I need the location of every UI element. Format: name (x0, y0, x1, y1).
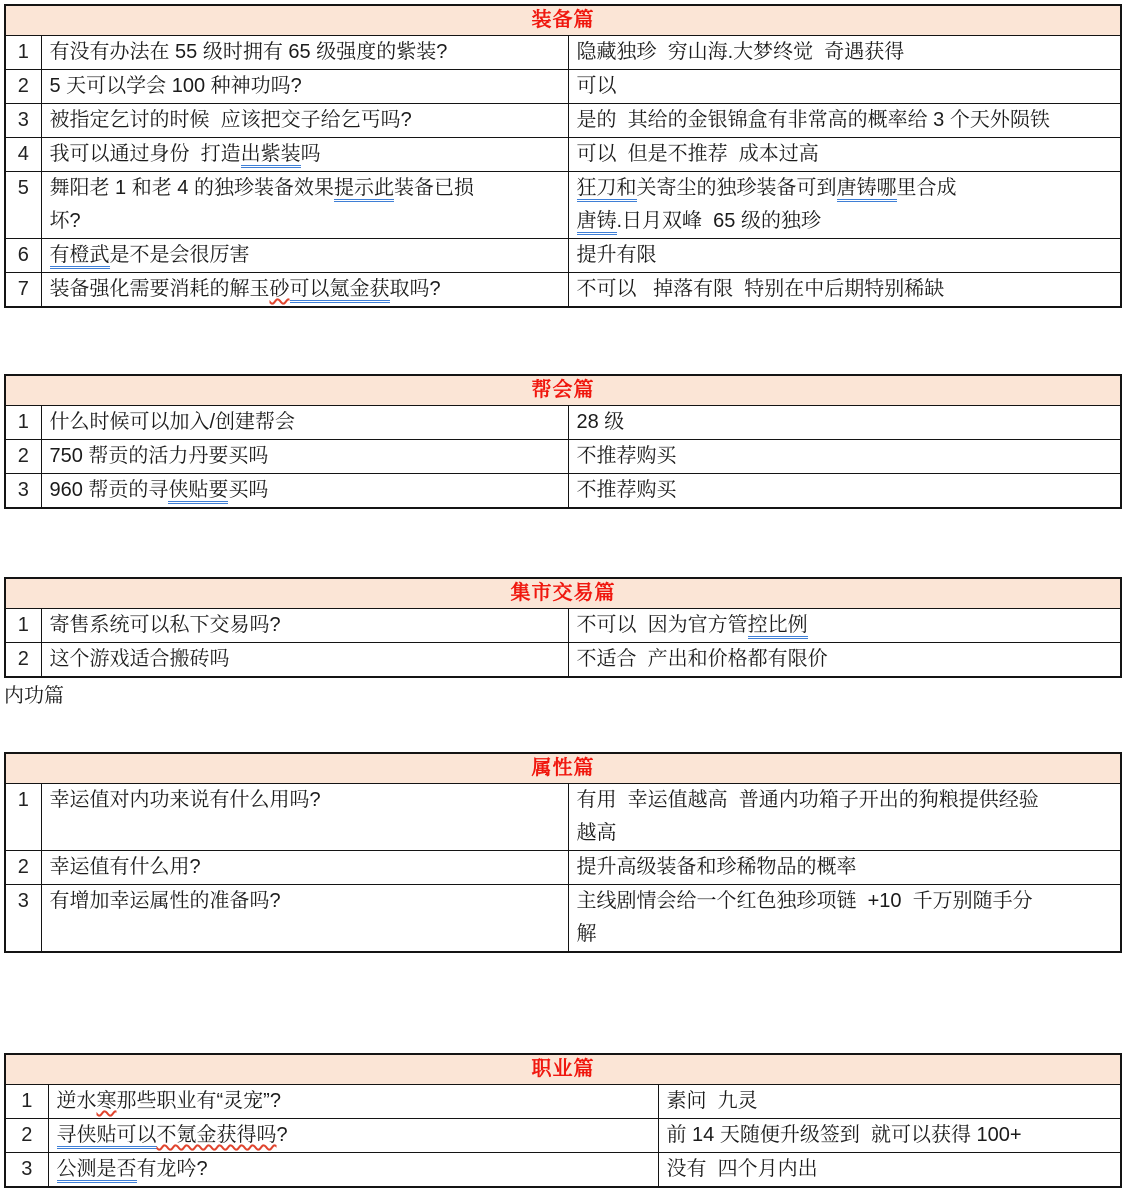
row-number: 1 (5, 609, 41, 643)
question-cell: 有增加幸运属性的准备吗? (41, 885, 568, 953)
question-cell: 装备强化需要消耗的解玉砂可以氪金获取吗? (41, 273, 568, 308)
text-segment: 坏? (50, 210, 81, 232)
text-segment: 提升有限 (577, 244, 657, 266)
text-segment: 幸运值对内功来说有什么用吗? (50, 789, 321, 811)
text-segment: 是不是会很厉害 (110, 244, 250, 266)
table-title: 属性篇 (5, 753, 1121, 784)
text-segment: 装备已损 (394, 177, 474, 199)
grammar-marked-text: 出紫装 (241, 143, 301, 168)
row-number: 4 (5, 138, 41, 172)
text-segment: 是的 其给的金银锦盒有非常高的概率给 3 个天外陨铁 (577, 109, 1050, 131)
table-title: 集市交易篇 (5, 578, 1121, 609)
text-segment: 不推荐购买 (577, 479, 677, 501)
text-line: 750 帮贡的活力丹要买吗 (50, 440, 560, 473)
answer-cell: 不推荐购买 (568, 474, 1121, 509)
grammar-marked-text: 寻侠贴可以 (57, 1124, 157, 1149)
table-row: 6有橙武是不是会很厉害提升有限 (5, 239, 1121, 273)
row-number: 1 (5, 406, 41, 440)
text-line: 被指定乞讨的时候 应该把交子给乞丐吗? (50, 104, 560, 137)
question-cell: 舞阳老 1 和老 4 的独珍装备效果提示此装备已损坏? (41, 172, 568, 239)
text-segment: 5 天可以学会 100 种神功吗? (50, 75, 302, 97)
text-segment: 吗 (301, 143, 321, 165)
question-cell: 幸运值对内功来说有什么用吗? (41, 784, 568, 851)
question-cell: 750 帮贡的活力丹要买吗 (41, 440, 568, 474)
text-line: 寻侠贴可以不氪金获得吗? (57, 1119, 650, 1152)
text-line: 可以 但是不推荐 成本过高 (577, 138, 1113, 171)
text-segment: 取吗? (390, 278, 441, 300)
question-cell: 这个游戏适合搬砖吗 (41, 643, 568, 678)
table-row: 7装备强化需要消耗的解玉砂可以氪金获取吗?不可以 掉落有限 特别在中后期特别稀缺 (5, 273, 1121, 308)
answer-cell: 前 14 天随便升级签到 就可以获得 100+ (658, 1119, 1121, 1153)
text-line: 这个游戏适合搬砖吗 (50, 643, 560, 676)
text-segment: 隐藏独珍 穷山海.大梦终觉 奇遇获得 (577, 41, 905, 63)
question-cell: 公测是否有龙吟? (48, 1153, 658, 1188)
table-row: 2750 帮贡的活力丹要买吗不推荐购买 (5, 440, 1121, 474)
grammar-marked-text: 提示此 (334, 177, 394, 202)
table-row: 2幸运值有什么用?提升高级装备和珍稀物品的概率 (5, 851, 1121, 885)
answer-cell: 不适合 产出和价格都有限价 (568, 643, 1121, 678)
text-line: 有用 幸运值越高 普通内功箱子开出的狗粮提供经验 (577, 784, 1113, 817)
text-segment: 这个游戏适合搬砖吗 (50, 648, 230, 670)
faq-document: 装备篇1有没有办法在 55 级时拥有 65 级强度的紫装?隐藏独珍 穷山海.大梦… (0, 0, 1123, 1188)
table-equipment: 装备篇1有没有办法在 55 级时拥有 65 级强度的紫装?隐藏独珍 穷山海.大梦… (4, 4, 1122, 308)
answer-cell: 不可以 掉落有限 特别在中后期特别稀缺 (568, 273, 1121, 308)
text-segment: 不可以 因为官方管 (577, 614, 748, 636)
row-number: 6 (5, 239, 41, 273)
text-line: 舞阳老 1 和老 4 的独珍装备效果提示此装备已损 (50, 172, 560, 205)
row-number: 1 (5, 1085, 48, 1119)
text-segment: 舞阳老 1 和老 4 的独珍装备效果 (50, 177, 334, 199)
text-line: 960 帮贡的寻侠贴要买吗 (50, 474, 560, 507)
row-number: 3 (5, 104, 41, 138)
text-segment: 不适合 产出和价格都有限价 (577, 648, 828, 670)
answer-cell: 素问 九灵 (658, 1085, 1121, 1119)
table-row: 1逆水寒那些职业有“灵宠”?素问 九灵 (5, 1085, 1121, 1119)
text-segment: 里合成 (897, 177, 957, 199)
text-line: 什么时候可以加入/创建帮会 (50, 406, 560, 439)
text-segment: 可以 (577, 75, 617, 97)
row-number: 3 (5, 474, 41, 509)
text-line: 有橙武是不是会很厉害 (50, 239, 560, 272)
grammar-marked-text: 公测是否 (57, 1158, 137, 1183)
question-cell: 我可以通过身份 打造出紫装吗 (41, 138, 568, 172)
table-header-row: 集市交易篇 (5, 578, 1121, 609)
table-profession: 职业篇1逆水寒那些职业有“灵宠”?素问 九灵2寻侠贴可以不氪金获得吗?前 14 … (4, 1053, 1122, 1188)
question-cell: 有没有办法在 55 级时拥有 65 级强度的紫装? (41, 36, 568, 70)
table-row: 1有没有办法在 55 级时拥有 65 级强度的紫装?隐藏独珍 穷山海.大梦终觉 … (5, 36, 1121, 70)
text-segment: 幸运值有什么用? (50, 856, 201, 878)
text-segment: .日月双峰 65 级的独珍 (617, 210, 821, 232)
table-title: 职业篇 (5, 1054, 1121, 1085)
text-segment: 不推荐购买 (577, 445, 677, 467)
text-line: 可以 (577, 70, 1113, 103)
text-line: 不可以 因为官方管控比例 (577, 609, 1113, 642)
text-segment: 那些职业有“灵宠”? (117, 1090, 281, 1112)
text-segment: 主线剧情会给一个红色独珍项链 +10 千万别随手分 (577, 890, 1033, 912)
text-segment: 素问 九灵 (667, 1090, 758, 1112)
row-number: 1 (5, 36, 41, 70)
table-row: 1幸运值对内功来说有什么用吗?有用 幸运值越高 普通内功箱子开出的狗粮提供经验越… (5, 784, 1121, 851)
text-segment: 有没有办法在 55 级时拥有 65 级强度的紫装? (50, 41, 448, 63)
text-line: 前 14 天随便升级签到 就可以获得 100+ (667, 1119, 1113, 1152)
row-number: 2 (5, 643, 41, 678)
text-line: 逆水寒那些职业有“灵宠”? (57, 1085, 650, 1118)
table-title: 帮会篇 (5, 375, 1121, 406)
question-cell: 寻侠贴可以不氪金获得吗? (48, 1119, 658, 1153)
grammar-marked-text: 控比例 (748, 614, 808, 639)
row-number: 1 (5, 784, 41, 851)
answer-cell: 可以 但是不推荐 成本过高 (568, 138, 1121, 172)
question-cell: 幸运值有什么用? (41, 851, 568, 885)
text-line: 坏? (50, 205, 560, 238)
text-line: 素问 九灵 (667, 1085, 1113, 1118)
text-line: 公测是否有龙吟? (57, 1153, 650, 1186)
text-segment: 没有 四个月内出 (667, 1158, 818, 1180)
text-line: 有没有办法在 55 级时拥有 65 级强度的紫装? (50, 36, 560, 69)
table-row: 2这个游戏适合搬砖吗不适合 产出和价格都有限价 (5, 643, 1121, 678)
text-segment: 越高 (577, 822, 617, 844)
text-line: 是的 其给的金银锦盒有非常高的概率给 3 个天外陨铁 (577, 104, 1113, 137)
text-segment: 960 帮贡的寻 (50, 479, 169, 501)
text-segment: 不可以 掉落有限 特别在中后期特别稀缺 (577, 278, 945, 300)
text-line: 不推荐购买 (577, 440, 1113, 473)
row-number: 2 (5, 70, 41, 104)
text-line: 不可以 掉落有限 特别在中后期特别稀缺 (577, 273, 1113, 306)
text-segment: 寄售系统可以私下交易吗? (50, 614, 281, 636)
text-line: 28 级 (577, 406, 1113, 439)
row-number: 2 (5, 440, 41, 474)
answer-cell: 可以 (568, 70, 1121, 104)
text-line: 提升有限 (577, 239, 1113, 272)
row-number: 3 (5, 885, 41, 953)
answer-cell: 提升高级装备和珍稀物品的概率 (568, 851, 1121, 885)
text-line: 不适合 产出和价格都有限价 (577, 643, 1113, 676)
text-line: 寄售系统可以私下交易吗? (50, 609, 560, 642)
text-segment: 解 (577, 923, 597, 945)
text-line: 装备强化需要消耗的解玉砂可以氪金获取吗? (50, 273, 560, 306)
table-row: 3有增加幸运属性的准备吗?主线剧情会给一个红色独珍项链 +10 千万别随手分解 (5, 885, 1121, 953)
row-number: 3 (5, 1153, 48, 1188)
answer-cell: 隐藏独珍 穷山海.大梦终觉 奇遇获得 (568, 36, 1121, 70)
grammar-marked-text: 唐铸 (577, 210, 617, 235)
answer-cell: 主线剧情会给一个红色独珍项链 +10 千万别随手分解 (568, 885, 1121, 953)
question-cell: 什么时候可以加入/创建帮会 (41, 406, 568, 440)
spelling-marked-text: 寒 (97, 1090, 117, 1112)
text-segment: 什么时候可以加入/创建帮会 (50, 411, 296, 433)
text-segment: 前 14 天随便升级签到 就可以获得 100+ (667, 1124, 1022, 1146)
grammar-marked-text: 可以氪金获 (290, 278, 390, 303)
text-line: 不推荐购买 (577, 474, 1113, 507)
text-segment: 逆水 (57, 1090, 97, 1112)
grammar-marked-text: 侠贴要 (168, 479, 228, 504)
row-number: 2 (5, 1119, 48, 1153)
spelling-marked-text: 砂 (270, 278, 290, 300)
grammar-marked-text: 有橙武 (50, 244, 110, 269)
text-line: 解 (577, 918, 1113, 951)
text-segment: 有龙吟? (137, 1158, 208, 1180)
text-segment: 我可以通过身份 打造 (50, 143, 241, 165)
table-header-row: 属性篇 (5, 753, 1121, 784)
table-title: 装备篇 (5, 5, 1121, 36)
text-segment: 关寄尘的独珍装备可到 (637, 177, 837, 199)
question-cell: 5 天可以学会 100 种神功吗? (41, 70, 568, 104)
text-line: 主线剧情会给一个红色独珍项链 +10 千万别随手分 (577, 885, 1113, 918)
text-line: 幸运值有什么用? (50, 851, 560, 884)
grammar-marked-text: 狂刀和 (577, 177, 637, 202)
question-cell: 逆水寒那些职业有“灵宠”? (48, 1085, 658, 1119)
table-row: 5舞阳老 1 和老 4 的独珍装备效果提示此装备已损坏?狂刀和关寄尘的独珍装备可… (5, 172, 1121, 239)
table-row: 3960 帮贡的寻侠贴要买吗不推荐购买 (5, 474, 1121, 509)
section-label-neigong: 内功篇 (4, 684, 1123, 708)
text-segment: 被指定乞讨的时候 应该把交子给乞丐吗? (50, 109, 412, 131)
grammar-marked-text: 唐铸哪 (837, 177, 897, 202)
text-line: 唐铸.日月双峰 65 级的独珍 (577, 205, 1113, 238)
question-cell: 被指定乞讨的时候 应该把交子给乞丐吗? (41, 104, 568, 138)
text-line: 隐藏独珍 穷山海.大梦终觉 奇遇获得 (577, 36, 1113, 69)
table-guild: 帮会篇1什么时候可以加入/创建帮会28 级2750 帮贡的活力丹要买吗不推荐购买… (4, 374, 1122, 509)
text-segment: 750 帮贡的活力丹要买吗 (50, 445, 269, 467)
table-row: 1什么时候可以加入/创建帮会28 级 (5, 406, 1121, 440)
answer-cell: 没有 四个月内出 (658, 1153, 1121, 1188)
answer-cell: 不推荐购买 (568, 440, 1121, 474)
row-number: 2 (5, 851, 41, 885)
spelling-marked-text: 不氪金获得吗 (157, 1124, 277, 1146)
answer-cell: 有用 幸运值越高 普通内功箱子开出的狗粮提供经验越高 (568, 784, 1121, 851)
text-segment: 有用 幸运值越高 普通内功箱子开出的狗粮提供经验 (577, 789, 1039, 811)
table-market: 集市交易篇1寄售系统可以私下交易吗?不可以 因为官方管控比例2这个游戏适合搬砖吗… (4, 577, 1122, 678)
text-line: 5 天可以学会 100 种神功吗? (50, 70, 560, 103)
answer-cell: 是的 其给的金银锦盒有非常高的概率给 3 个天外陨铁 (568, 104, 1121, 138)
text-segment: 有增加幸运属性的准备吗? (50, 890, 281, 912)
row-number: 5 (5, 172, 41, 239)
question-cell: 寄售系统可以私下交易吗? (41, 609, 568, 643)
table-attributes: 属性篇1幸运值对内功来说有什么用吗?有用 幸运值越高 普通内功箱子开出的狗粮提供… (4, 752, 1122, 953)
text-segment: 可以 但是不推荐 成本过高 (577, 143, 819, 165)
row-number: 7 (5, 273, 41, 308)
table-row: 2寻侠贴可以不氪金获得吗?前 14 天随便升级签到 就可以获得 100+ (5, 1119, 1121, 1153)
answer-cell: 不可以 因为官方管控比例 (568, 609, 1121, 643)
table-header-row: 帮会篇 (5, 375, 1121, 406)
table-header-row: 职业篇 (5, 1054, 1121, 1085)
question-cell: 960 帮贡的寻侠贴要买吗 (41, 474, 568, 509)
text-line: 我可以通过身份 打造出紫装吗 (50, 138, 560, 171)
text-line: 没有 四个月内出 (667, 1153, 1113, 1186)
text-segment: 装备强化需要消耗的解玉 (50, 278, 270, 300)
table-row: 25 天可以学会 100 种神功吗?可以 (5, 70, 1121, 104)
answer-cell: 狂刀和关寄尘的独珍装备可到唐铸哪里合成唐铸.日月双峰 65 级的独珍 (568, 172, 1121, 239)
table-row: 3公测是否有龙吟?没有 四个月内出 (5, 1153, 1121, 1188)
text-segment: ? (277, 1124, 288, 1146)
question-cell: 有橙武是不是会很厉害 (41, 239, 568, 273)
answer-cell: 28 级 (568, 406, 1121, 440)
text-segment: 28 级 (577, 411, 625, 433)
text-line: 幸运值对内功来说有什么用吗? (50, 784, 560, 817)
text-line: 越高 (577, 817, 1113, 850)
table-row: 1寄售系统可以私下交易吗?不可以 因为官方管控比例 (5, 609, 1121, 643)
text-line: 狂刀和关寄尘的独珍装备可到唐铸哪里合成 (577, 172, 1113, 205)
text-line: 有增加幸运属性的准备吗? (50, 885, 560, 918)
text-segment: 提升高级装备和珍稀物品的概率 (577, 856, 857, 878)
table-header-row: 装备篇 (5, 5, 1121, 36)
answer-cell: 提升有限 (568, 239, 1121, 273)
text-line: 提升高级装备和珍稀物品的概率 (577, 851, 1113, 884)
table-row: 4我可以通过身份 打造出紫装吗可以 但是不推荐 成本过高 (5, 138, 1121, 172)
table-row: 3被指定乞讨的时候 应该把交子给乞丐吗?是的 其给的金银锦盒有非常高的概率给 3… (5, 104, 1121, 138)
text-segment: 买吗 (228, 479, 268, 501)
